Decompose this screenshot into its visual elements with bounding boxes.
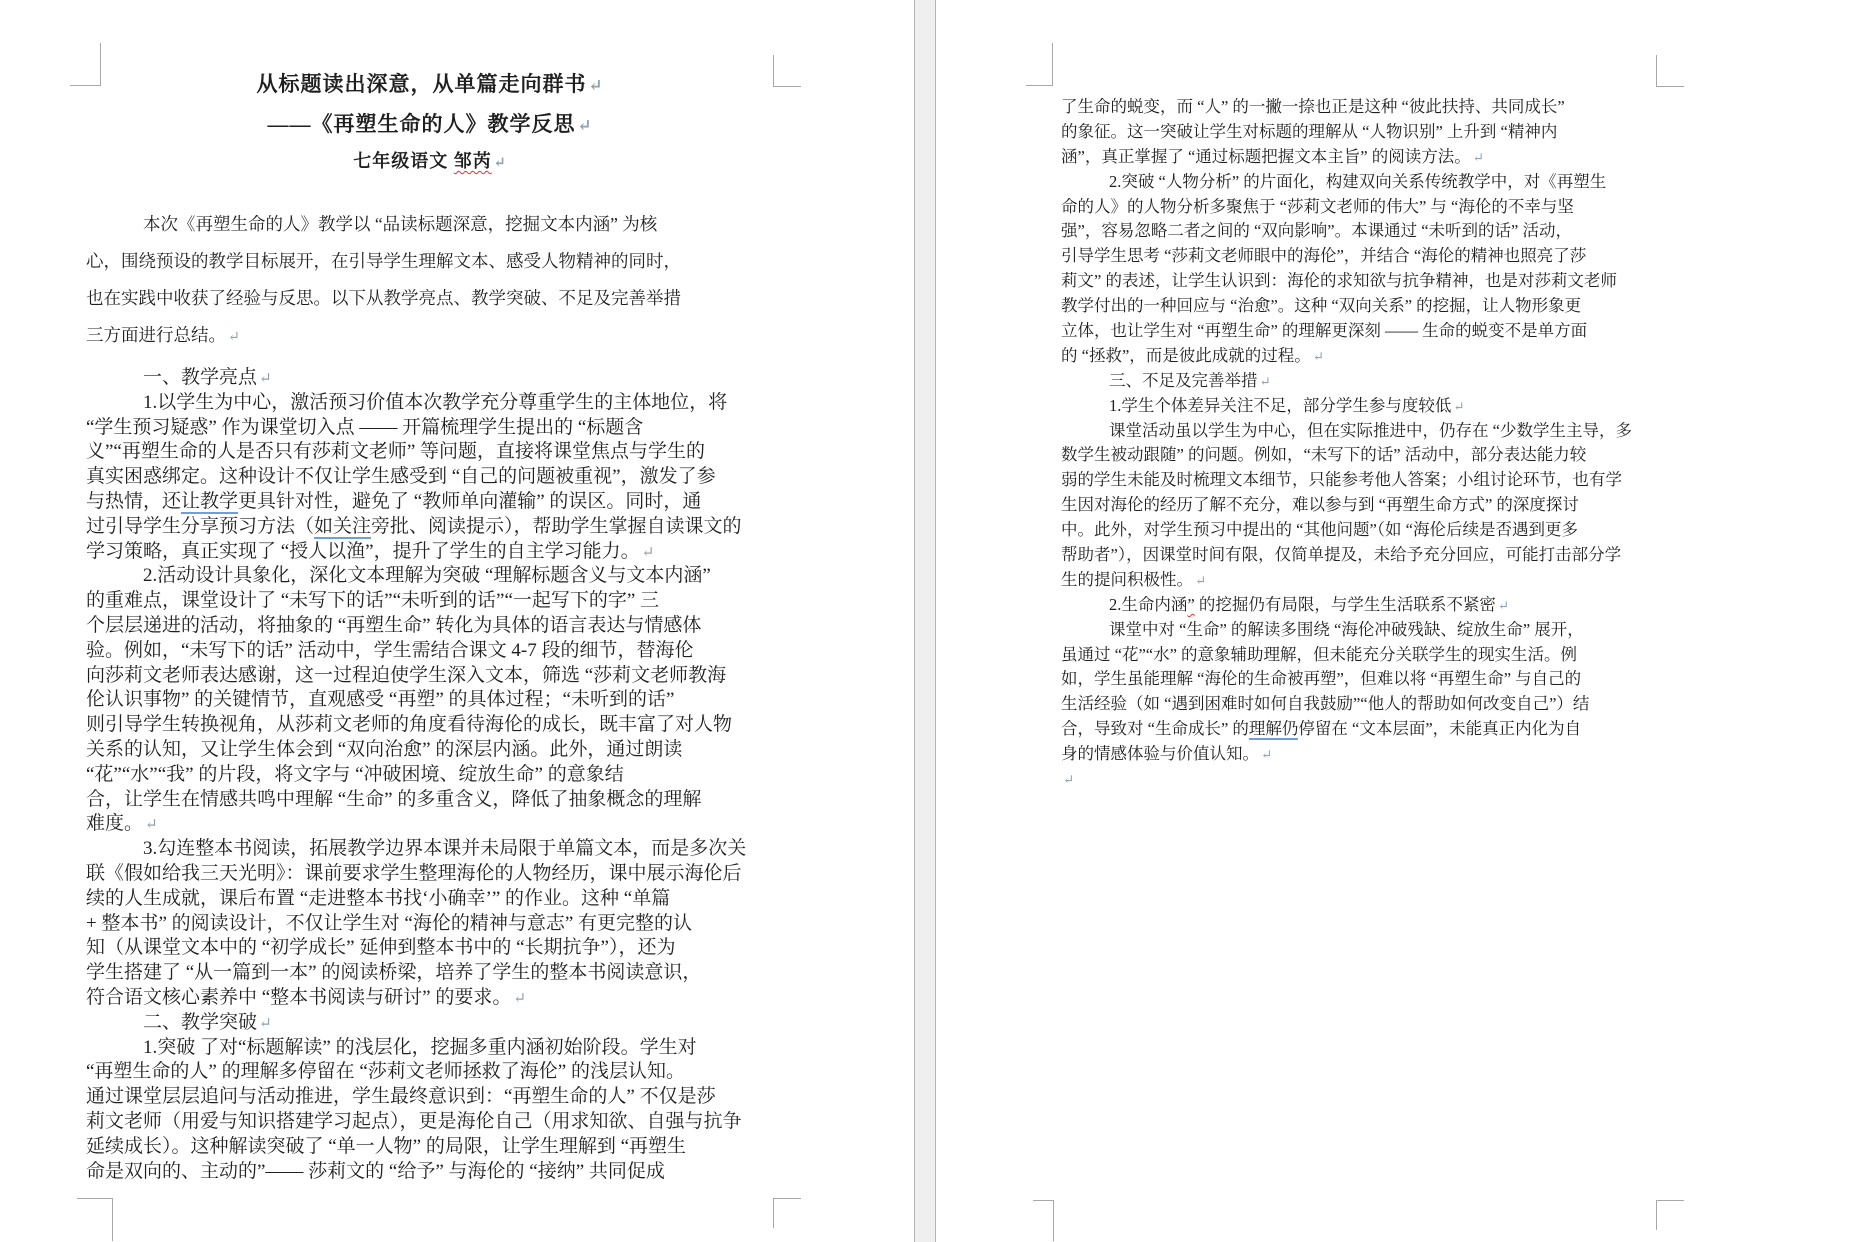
page2-body-text[interactable]: 了生命的蜕变，而 “人” 的一撇一捺也正是这种 “彼此扶持、共同成长”的象征。这… bbox=[1061, 95, 1661, 792]
text-line: 引导学生思考 “莎莉文老师眼中的海伦”，并结合 “海伦的精神也照亮了莎 bbox=[1061, 244, 1661, 269]
text-run: 旁批、阅读提示），帮助学生掌握自读课文的 bbox=[371, 516, 742, 537]
text-boundary-mark bbox=[1656, 1200, 1684, 1230]
text-line: 了生命的蜕变，而 “人” 的一撇一捺也正是这种 “彼此扶持、共同成长” bbox=[1061, 95, 1661, 120]
text-run: 虽通过 “花”“水” 的意象辅助理解，但未能充分关联学生的现实生活。例 bbox=[1061, 645, 1577, 664]
text-line: 强”，容易忽略二者之间的 “双向影响”。本课通过 “未听到的话” 活动， bbox=[1061, 219, 1661, 244]
text-run: 1.突破 了对“标题解读” 的浅层化，挖掘多重内涵初始阶段。学生对 bbox=[143, 1037, 697, 1058]
text-run: 伦认识事物” 的关键情节，直观感受 “再塑” 的具体过程；“未听到的话” bbox=[86, 689, 674, 710]
text-run: 的 “拯救”，而是彼此成就的过程。 bbox=[1061, 346, 1311, 365]
text-line: 涵”，真正掌握了 “通过标题把握文本主旨” 的阅读方法。↵ bbox=[1061, 145, 1661, 170]
text-run: 一、教学亮点 bbox=[143, 367, 257, 388]
paragraph-mark: ↵ bbox=[1471, 150, 1484, 165]
paragraph-mark: ↵ bbox=[1451, 399, 1464, 414]
text-run: 本次《再塑生命的人》教学以 “品读标题深意，挖掘文本内涵” 为核 bbox=[143, 214, 657, 234]
text-line: 2.活动设计具象化，深化文本理解为突破 “理解标题含义与文本内涵” bbox=[86, 564, 786, 589]
text-line: 身的情感体验与价值认知。↵ bbox=[1061, 742, 1661, 767]
paragraph-mark: ↵ bbox=[226, 330, 240, 345]
text-line: 通过课堂层层追问与活动推进，学生最终意识到：“再塑生命的人” 不仅是莎 bbox=[86, 1085, 786, 1110]
text-line: 三、不足及完善举措↵ bbox=[1061, 369, 1661, 394]
text-run: 强”，容易忽略二者之间的 “双向影响”。本课通过 “未听到的话” 活动， bbox=[1061, 221, 1572, 240]
text-run: “再塑生命的人” 的理解多停留在 “莎莉文老师拯救了海伦” 的浅层认知。 bbox=[86, 1061, 685, 1082]
text-line: 2.突破 “人物分析” 的片面化，构建双向关系传统教学中，对《再塑生 bbox=[1061, 170, 1661, 195]
text-boundary-mark bbox=[77, 1198, 113, 1241]
text-run: 难度。 bbox=[86, 813, 143, 834]
text-line: 也在实践中收获了经验与反思。以下从教学亮点、教学突破、不足及完善举措 bbox=[86, 280, 786, 317]
doc-byline-prefix: 七年级语文 bbox=[353, 151, 454, 171]
text-line: 课堂活动虽以学生为中心，但在实际推进中，仍存在 “少数学生主导，多 bbox=[1061, 419, 1661, 444]
doc-subtitle: ——《再塑生命的人》教学反思↵ bbox=[86, 108, 774, 138]
text-run: 则引导学生转换视角，从莎莉文老师的角度看待海伦的成长，既丰富了对人物 bbox=[86, 714, 732, 735]
text-line: 学生搭建了 “从一篇到一本” 的阅读桥梁，培养了学生的整本书阅读意识， bbox=[86, 961, 786, 986]
text-run: 义”“再塑生命的人是否只有莎莉文老师” 等问题，直接将课堂焦点与学生的 bbox=[86, 441, 705, 462]
text-run: 与热情，还 bbox=[86, 491, 181, 512]
text-line: ↵ bbox=[1061, 767, 1661, 792]
text-run: 引导学生思考 “莎莉文老师眼中的海伦”，并结合 “海伦的精神也照亮了莎 bbox=[1061, 246, 1586, 265]
text-line: 的重难点，课堂设计了 “未写下的话”“未听到的话”“一起写下的字” 三 bbox=[86, 589, 786, 614]
doc-byline-name: 邹芮 bbox=[454, 151, 492, 171]
text-run: 个层层递进的活动，将抽象的 “再塑生命” 转化为具体的语言表达与情感体 bbox=[86, 615, 701, 636]
text-line: 心，围绕预设的教学目标展开，在引导学生理解文本、感受人物精神的同时， bbox=[86, 243, 786, 280]
text-line: 一、教学亮点↵ bbox=[86, 366, 786, 391]
text-line: + 整本书” 的阅读设计，不仅让学生对 “海伦的精神与意志” 有更完整的认 bbox=[86, 912, 786, 937]
text-run: 通过课堂层层追问与活动推进，学生最终意识到：“再塑生命的人” 不仅是莎 bbox=[86, 1086, 716, 1107]
text-run: 1.以学生为中心，激活预习价值本次教学充分尊重学生的主体地位，将 bbox=[143, 392, 727, 413]
text-run: 合，让学生在情感共鸣中理解 “生命” 的多重含义，降低了抽象概念的理解 bbox=[86, 789, 701, 810]
paragraph-mark: ↵ bbox=[575, 116, 592, 135]
paragraph-mark: ↵ bbox=[257, 1015, 272, 1032]
text-boundary-mark bbox=[1033, 1200, 1054, 1241]
text-run: “花”“水”“我” 的片段，将文字与 “冲破困境、绽放生命” 的意象结 bbox=[86, 764, 624, 785]
text-run: 联《假如给我三天光明》：课前要求学生整理海伦的人物经历，课中展示海伦后 bbox=[86, 863, 742, 884]
paragraph-mark: ↵ bbox=[257, 370, 272, 387]
text-boundary-mark bbox=[1656, 55, 1684, 87]
text-line: 本次《再塑生命的人》教学以 “品读标题深意，挖掘文本内涵” 为核 bbox=[86, 206, 786, 243]
text-run: 真实困惑绑定。这种设计不仅让学生感受到 “自己的问题被重视”，激发了参 bbox=[86, 466, 716, 487]
text-line: 莉文” 的表述，让学生认识到：海伦的求知欲与抗争精神，也是对莎莉文老师 bbox=[1061, 269, 1661, 294]
text-line: 合，让学生在情感共鸣中理解 “生命” 的多重含义，降低了抽象概念的理解 bbox=[86, 788, 786, 813]
text-run: 数学生被动跟随” 的问题。例如，“未写下的话” 活动中，部分表达能力较 bbox=[1061, 445, 1586, 464]
paragraph-mark: ↵ bbox=[586, 76, 603, 95]
text-run: 身的情感体验与价值认知。 bbox=[1061, 744, 1259, 763]
grammar-check-underline: 如关注 bbox=[314, 516, 371, 539]
text-run: 课堂活动虽以学生为中心，但在实际推进中，仍存在 “少数学生主导，多 bbox=[1109, 421, 1632, 440]
paragraph-mark: ↵ bbox=[1259, 747, 1272, 762]
paragraph-mark: ↵ bbox=[511, 990, 526, 1007]
text-line: 生因对海伦的经历了解不充分，难以参与到 “再塑生命方式” 的深度探讨 bbox=[1061, 493, 1661, 518]
page-2[interactable]: 了生命的蜕变，而 “人” 的一撇一捺也正是这种 “彼此扶持、共同成长”的象征。这… bbox=[935, 0, 1872, 1242]
text-line: 中。此外，对学生预习中提出的 “其他问题”（如 “海伦后续是否遇到更多 bbox=[1061, 518, 1661, 543]
text-run: 续的人生成就，课后布置 “走进整本书找‘小确幸’” 的作业。这种 “单篇 bbox=[86, 888, 670, 909]
text-line: 教学付出的一种回应与 “治愈”。这种 “双向关系” 的挖掘，让人物形象更 bbox=[1061, 294, 1661, 319]
text-line: 联《假如给我三天光明》：课前要求学生整理海伦的人物经历，课中展示海伦后 bbox=[86, 862, 786, 887]
text-run: 帮助者”），因课堂时间有限，仅简单提及，未给予充分回应，可能打击部分学 bbox=[1061, 545, 1621, 564]
text-run: 关系的认知，又让学生体会到 “双向治愈” 的深层内涵。此外，通过朗读 bbox=[86, 739, 682, 760]
text-line: 2.生命内涵” 的挖掘仍有局限，与学生生活联系不紧密↵ bbox=[1061, 593, 1661, 618]
text-line: 1.突破 了对“标题解读” 的浅层化，挖掘多重内涵初始阶段。学生对 bbox=[86, 1036, 786, 1061]
text-run: 也在实践中收获了经验与反思。以下从教学亮点、教学突破、不足及完善举措 bbox=[86, 288, 681, 308]
doc-byline: 七年级语文 邹芮↵ bbox=[86, 147, 774, 173]
text-line: 命是双向的、主动的”—— 莎莉文的 “给予” 与海伦的 “接纳” 共同促成 bbox=[86, 1160, 786, 1185]
text-run: 命的人》的人物分析多聚焦于 “莎莉文老师的伟大” 与 “海伦的不幸与坚 bbox=[1061, 197, 1574, 216]
paragraph-mark: ↵ bbox=[1193, 573, 1206, 588]
paragraph-mark: ↵ bbox=[640, 544, 655, 561]
text-run: 2.突破 “人物分析” 的片面化，构建双向关系传统教学中，对《再塑生 bbox=[1109, 172, 1606, 191]
text-run: 向莎莉文老师表达感谢，这一过程迫使学生深入文本，筛选 “莎莉文老师教海 bbox=[86, 665, 726, 686]
text-run: 合，导致对 “生命成长” 的 bbox=[1061, 719, 1249, 738]
text-line: 课堂中对 “生命” 的解读多围绕 “海伦冲破残缺、绽放生命” 展开， bbox=[1061, 618, 1661, 643]
text-line: 二、教学突破↵ bbox=[86, 1011, 786, 1036]
text-line: 义”“再塑生命的人是否只有莎莉文老师” 等问题，直接将课堂焦点与学生的 bbox=[86, 440, 786, 465]
text-run: 符合语文核心素养中 “整本书阅读与研讨” 的要求。 bbox=[86, 987, 511, 1008]
text-run: 心，围绕预设的教学目标展开，在引导学生理解文本、感受人物精神的同时， bbox=[86, 251, 681, 271]
page1-intro-paragraph[interactable]: 本次《再塑生命的人》教学以 “品读标题深意，挖掘文本内涵” 为核心，围绕预设的教… bbox=[86, 206, 786, 354]
text-line: 如，学生虽能理解 “海伦的生命被再塑”，但难以将 “再塑生命” 与自己的 bbox=[1061, 667, 1661, 692]
text-run: 的象征。这一突破让学生对标题的理解从 “人物识别” 上升到 “精神内 bbox=[1061, 122, 1557, 141]
text-run: 2.生命内涵 bbox=[1109, 595, 1187, 614]
text-run: 莉文” 的表述，让学生认识到：海伦的求知欲与抗争精神，也是对莎莉文老师 bbox=[1061, 271, 1617, 290]
text-run: 三、不足及完善举措 bbox=[1109, 371, 1258, 390]
text-line: 1.学生个体差异关注不足，部分学生参与度较低↵ bbox=[1061, 394, 1661, 419]
text-line: 弱的学生未能及时梳理文本细节，只能参考他人答案；小组讨论环节，也有学 bbox=[1061, 468, 1661, 493]
text-run: 弱的学生未能及时梳理文本细节，只能参考他人答案；小组讨论环节，也有学 bbox=[1061, 470, 1622, 489]
text-line: 3.勾连整本书阅读，拓展教学边界本课并未局限于单篇文本，而是多次关 bbox=[86, 837, 786, 862]
paragraph-mark: ↵ bbox=[492, 155, 507, 171]
text-run: 生活经验（如 “遇到困难时如何自我鼓励”“他人的帮助如何改变自己”）结 bbox=[1061, 694, 1589, 713]
text-line: 数学生被动跟随” 的问题。例如，“未写下的话” 活动中，部分表达能力较 bbox=[1061, 443, 1661, 468]
text-line: 延续成长）。这种解读突破了 “单一人物” 的局限，让学生理解到 “再塑生 bbox=[86, 1135, 786, 1160]
text-line: 难度。↵ bbox=[86, 812, 786, 837]
paragraph-mark: ↵ bbox=[1258, 374, 1271, 389]
grammar-check-underline: 理解仍 bbox=[1249, 719, 1299, 740]
text-line: 1.以学生为中心，激活预习价值本次教学充分尊重学生的主体地位，将 bbox=[86, 391, 786, 416]
text-run: 了生命的蜕变，而 “人” 的一撇一捺也正是这种 “彼此扶持、共同成长” bbox=[1061, 97, 1565, 116]
text-line: 真实困惑绑定。这种设计不仅让学生感受到 “自己的问题被重视”，激发了参 bbox=[86, 465, 786, 490]
text-line: 与热情，还让教学更具针对性，避免了 “教师单向灌输” 的误区。同时，通 bbox=[86, 490, 786, 515]
text-run: 更具针对性，避免了 “教师单向灌输” 的误区。同时，通 bbox=[238, 491, 701, 512]
spell-check-underline: ” bbox=[1187, 595, 1194, 614]
text-line: 的象征。这一突破让学生对标题的理解从 “人物识别” 上升到 “精神内 bbox=[1061, 120, 1661, 145]
grammar-check-underline: 让教学 bbox=[181, 491, 238, 514]
text-run: 的挖掘仍有局限，与学生生活联系不紧密 bbox=[1195, 595, 1496, 614]
doc-subtitle-text: ——《再塑生命的人》教学反思 bbox=[267, 112, 575, 136]
text-run: 3.勾连整本书阅读，拓展教学边界本课并未局限于单篇文本，而是多次关 bbox=[143, 838, 746, 859]
text-line: “花”“水”“我” 的片段，将文字与 “冲破困境、绽放生命” 的意象结 bbox=[86, 763, 786, 788]
text-boundary-mark bbox=[773, 55, 801, 87]
text-run: 生的提问积极性。 bbox=[1061, 570, 1193, 589]
text-line: 虽通过 “花”“水” 的意象辅助理解，但未能充分关联学生的现实生活。例 bbox=[1061, 643, 1661, 668]
text-run: + 整本书” 的阅读设计，不仅让学生对 “海伦的精神与意志” 有更完整的认 bbox=[86, 913, 692, 934]
text-run: “学生预习疑惑” 作为课堂切入点 —— 开篇梳理学生提出的 “标题含 bbox=[86, 417, 643, 438]
text-line: 过引导学生分享预习方法（如关注旁批、阅读提示），帮助学生掌握自读课文的 bbox=[86, 515, 786, 540]
text-line: 关系的认知，又让学生体会到 “双向治愈” 的深层内涵。此外，通过朗读 bbox=[86, 738, 786, 763]
text-run: 立体，也让学生对 “再塑生命” 的理解更深刻 —— 生命的蜕变不是单方面 bbox=[1061, 321, 1587, 340]
doc-title-text: 从标题读出深意，从单篇走向群书 bbox=[256, 72, 586, 96]
text-run: 如，学生虽能理解 “海伦的生命被再塑”，但难以将 “再塑生命” 与自己的 bbox=[1061, 669, 1581, 688]
text-line: 则引导学生转换视角，从莎莉文老师的角度看待海伦的成长，既丰富了对人物 bbox=[86, 713, 786, 738]
text-run: 学生搭建了 “从一篇到一本” 的阅读桥梁，培养了学生的整本书阅读意识， bbox=[86, 962, 701, 983]
text-run: 延续成长）。这种解读突破了 “单一人物” 的局限，让学生理解到 “再塑生 bbox=[86, 1136, 686, 1157]
text-line: 验。例如，“未写下的话” 活动中，学生需结合课文 4-7 段的细节，替海伦 bbox=[86, 639, 786, 664]
text-line: 生活经验（如 “遇到困难时如何自我鼓励”“他人的帮助如何改变自己”）结 bbox=[1061, 692, 1661, 717]
text-run: 知（从课堂文本中的 “初学成长” 延伸到整本书中的 “长期抗争”），还为 bbox=[86, 937, 675, 958]
paragraph-mark: ↵ bbox=[1311, 349, 1324, 364]
text-run: 2.活动设计具象化，深化文本理解为突破 “理解标题含义与文本内涵” bbox=[143, 565, 711, 586]
text-line: “学生预习疑惑” 作为课堂切入点 —— 开篇梳理学生提出的 “标题含 bbox=[86, 416, 786, 441]
text-boundary-mark bbox=[1026, 43, 1053, 86]
text-run: 命是双向的、主动的”—— 莎莉文的 “给予” 与海伦的 “接纳” 共同促成 bbox=[86, 1161, 665, 1182]
text-run: 停留在 “文本层面”，未能真正内化为自 bbox=[1298, 719, 1581, 738]
text-line: 帮助者”），因课堂时间有限，仅简单提及，未给予充分回应，可能打击部分学 bbox=[1061, 543, 1661, 568]
text-line: 立体，也让学生对 “再塑生命” 的理解更深刻 —— 生命的蜕变不是单方面 bbox=[1061, 319, 1661, 344]
text-line: 续的人生成就，课后布置 “走进整本书找‘小确幸’” 的作业。这种 “单篇 bbox=[86, 887, 786, 912]
text-line: 伦认识事物” 的关键情节，直观感受 “再塑” 的具体过程；“未听到的话” bbox=[86, 688, 786, 713]
text-run: 涵”，真正掌握了 “通过标题把握文本主旨” 的阅读方法。 bbox=[1061, 147, 1471, 166]
text-run: 三方面进行总结。 bbox=[86, 325, 226, 345]
paragraph-mark: ↵ bbox=[143, 816, 158, 833]
text-run: 1.学生个体差异关注不足，部分学生参与度较低 bbox=[1109, 396, 1451, 415]
text-run: 课堂中对 “生命” 的解读多围绕 “海伦冲破残缺、绽放生命” 展开， bbox=[1109, 620, 1584, 639]
text-line: 命的人》的人物分析多聚焦于 “莎莉文老师的伟大” 与 “海伦的不幸与坚 bbox=[1061, 195, 1661, 220]
text-run: 教学付出的一种回应与 “治愈”。这种 “双向关系” 的挖掘，让人物形象更 bbox=[1061, 296, 1581, 315]
text-line: 生的提问积极性。↵ bbox=[1061, 568, 1661, 593]
text-line: 学习策略，真正实现了 “授人以渔”，提升了学生的自主学习能力。↵ bbox=[86, 540, 786, 565]
text-line: 个层层递进的活动，将抽象的 “再塑生命” 转化为具体的语言表达与情感体 bbox=[86, 614, 786, 639]
text-run: 验。例如，“未写下的话” 活动中，学生需结合课文 4-7 段的细节，替海伦 bbox=[86, 640, 693, 661]
text-run: 二、教学突破 bbox=[143, 1012, 257, 1033]
text-line: 知（从课堂文本中的 “初学成长” 延伸到整本书中的 “长期抗争”），还为 bbox=[86, 936, 786, 961]
text-line: 的 “拯救”，而是彼此成就的过程。↵ bbox=[1061, 344, 1661, 369]
text-line: 符合语文核心素养中 “整本书阅读与研讨” 的要求。↵ bbox=[86, 986, 786, 1011]
text-run: 的重难点，课堂设计了 “未写下的话”“未听到的话”“一起写下的字” 三 bbox=[86, 590, 659, 611]
doc-title: 从标题读出深意，从单篇走向群书↵ bbox=[86, 68, 774, 98]
page-1[interactable]: 从标题读出深意，从单篇走向群书↵ ——《再塑生命的人》教学反思↵ 七年级语文 邹… bbox=[0, 0, 915, 1242]
text-run: 中。此外，对学生预习中提出的 “其他问题”（如 “海伦后续是否遇到更多 bbox=[1061, 520, 1578, 539]
text-run: 莉文老师（用爱与知识搭建学习起点），更是海伦自己（用求知欲、自强与抗争 bbox=[86, 1111, 742, 1132]
text-run: 生因对海伦的经历了解不充分，难以参与到 “再塑生命方式” 的深度探讨 bbox=[1061, 495, 1579, 514]
text-line: 三方面进行总结。↵ bbox=[86, 317, 786, 354]
paragraph-mark: ↵ bbox=[1061, 772, 1074, 787]
paragraph-mark: ↵ bbox=[1496, 598, 1509, 613]
page-gap bbox=[915, 0, 935, 1242]
text-run: 过引导学生分享预习方法（ bbox=[86, 516, 314, 537]
page1-body-text[interactable]: 一、教学亮点↵1.以学生为中心，激活预习价值本次教学充分尊重学生的主体地位，将“… bbox=[86, 366, 786, 1184]
text-line: “再塑生命的人” 的理解多停留在 “莎莉文老师拯救了海伦” 的浅层认知。 bbox=[86, 1060, 786, 1085]
text-run: 学习策略，真正实现了 “授人以渔”，提升了学生的自主学习能力。 bbox=[86, 541, 640, 562]
text-boundary-mark bbox=[773, 1198, 801, 1228]
text-line: 合，导致对 “生命成长” 的理解仍停留在 “文本层面”，未能真正内化为自 bbox=[1061, 717, 1661, 742]
text-line: 向莎莉文老师表达感谢，这一过程迫使学生深入文本，筛选 “莎莉文老师教海 bbox=[86, 664, 786, 689]
text-line: 莉文老师（用爱与知识搭建学习起点），更是海伦自己（用求知欲、自强与抗争 bbox=[86, 1110, 786, 1135]
